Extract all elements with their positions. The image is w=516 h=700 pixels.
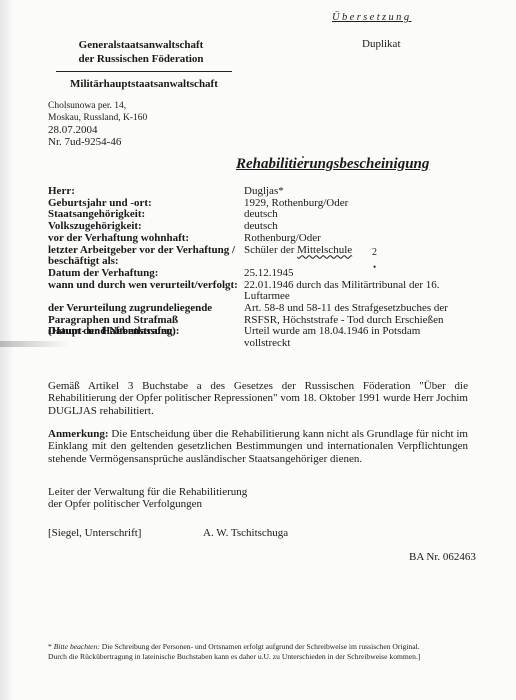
footnote-marker: * (48, 642, 52, 651)
scan-speck (302, 156, 304, 158)
sub-authority: Militärhauptstaatsanwaltschaft (70, 78, 218, 90)
field-label: Datum der Verhaftung: (48, 268, 244, 280)
field-row: wann und durch wen verurteilt/verfolgt: … (48, 280, 488, 303)
field-label: wann und durch wen verurteilt/verfolgt: (48, 280, 244, 303)
authority-line-1: Generalstaatsanwaltschaft (48, 38, 234, 52)
address-line-1: Cholsunowa per. 14, (48, 100, 147, 112)
field-value: Urteil wurde am 18.04.1946 in Potsdam vo… (244, 326, 488, 349)
field-row: letzter Arbeitgeber vor der Verhaftung /… (48, 245, 488, 268)
field-value: 1929, Rothenburg/Oder (244, 198, 488, 210)
note-label: Anmerkung: (48, 428, 109, 440)
note-paragraph: Anmerkung: Die Entscheidung über die Reh… (48, 428, 468, 465)
signatory-position: Leiter der Verwaltung für die Rehabiliti… (48, 486, 247, 511)
field-value: deutsch (244, 209, 488, 221)
field-row: Datum der Verhaftung: 25.12.1945 (48, 268, 488, 280)
translation-label: Übersetzung (332, 12, 411, 23)
field-label: Herr: (48, 186, 244, 198)
note-text: Die Entscheidung über die Rehabilitierun… (48, 428, 468, 465)
rehabilitation-statement: Gemäß Artikel 3 Buchstabe a des Gesetzes… (48, 380, 468, 417)
footnote-line-1: * Bitte beachten: Die Schreibung der Per… (48, 642, 420, 652)
field-value: Schüler der Mittelschule (244, 245, 488, 268)
authority-line-2: der Russischen Föderation (48, 52, 234, 66)
footnote-emphasis: Bitte beachten: (54, 642, 100, 651)
footnote-line-2: Durch die Rückübertragung in lateinische… (48, 652, 420, 662)
field-label: vor der Verhaftung wohnhaft: (48, 233, 244, 245)
document-date: 28.07.2004 (48, 124, 147, 136)
field-label-line: der Verurteilung zugrundeliegende (48, 303, 244, 315)
field-label: letzter Arbeitgeber vor der Verhaftung /… (48, 245, 244, 268)
address-line-2: Moskau, Russland, K-160 (48, 112, 147, 124)
duplicate-label: Duplikat (362, 38, 401, 50)
issuing-authority: Generalstaatsanwaltschaft der Russischen… (48, 38, 234, 66)
reference-number: Nr. 7ud-9254-46 (48, 136, 147, 148)
field-value: 25.12.1945 (244, 268, 488, 280)
seal-note: [Siegel, Unterschrift] (48, 527, 141, 539)
document-page: Übersetzung Duplikat Generalstaatsanwalt… (0, 0, 516, 700)
ba-number: BA Nr. 062463 (409, 551, 476, 563)
position-line-1: Leiter der Verwaltung für die Rehabiliti… (48, 486, 247, 498)
handwritten-dot: • (373, 262, 376, 272)
field-value: 22.01.1946 durch das Militärtribunal der… (244, 280, 488, 303)
underlined-value-text: Mittelschule (297, 244, 352, 256)
field-row: Datum der Haftentlassung: Urteil wurde a… (48, 326, 488, 349)
field-label: Datum der Haftentlassung: (48, 326, 244, 349)
certificate-title: Rehabilitierungsbescheinigung (236, 156, 429, 173)
position-line-2: der Opfer politischer Verfolgungen (48, 498, 247, 510)
address-block: Cholsunowa per. 14, Moskau, Russland, K-… (48, 100, 147, 148)
field-row: Herr: Dugljas* (48, 186, 488, 198)
personal-details: Herr: Dugljas* Geburtsjahr und -ort: 192… (48, 186, 488, 350)
header-divider (56, 71, 232, 72)
footnote-text: Die Schreibung der Personen- und Ortsnam… (100, 642, 420, 651)
footnote: * Bitte beachten: Die Schreibung der Per… (48, 642, 420, 662)
handwritten-number: 2 (372, 247, 377, 258)
field-value: Dugljas* (244, 186, 488, 198)
scan-edge-shadow (0, 0, 14, 700)
signer-name: A. W. Tschitschuga (203, 527, 288, 539)
field-value-line: vollstreckt (244, 338, 488, 350)
field-value-line: Art. 58-8 und 58-11 des Strafgesetzbuche… (244, 303, 488, 315)
value-text: Schüler der (244, 244, 297, 256)
